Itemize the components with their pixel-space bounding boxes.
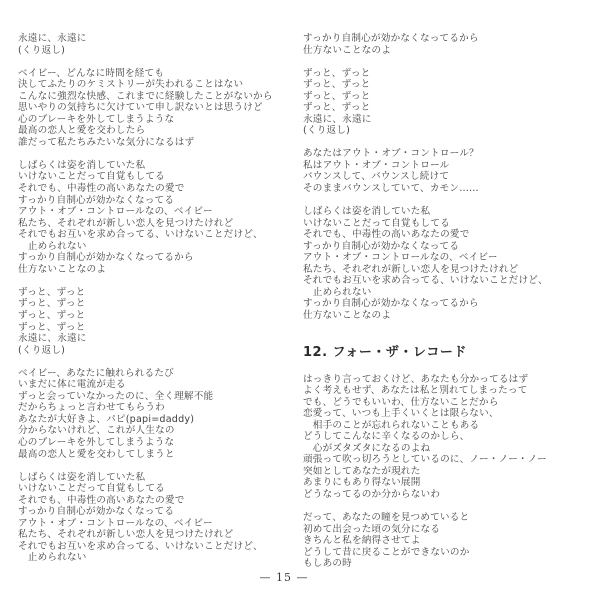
lyric-line: ずっと、ずっと	[303, 102, 591, 114]
lyric-line: もしあの時	[303, 558, 591, 570]
page-number: — 15 —	[0, 571, 568, 584]
lyric-line: (くり返し)	[18, 345, 294, 357]
right-column-bottom-stanzas: はっきり言っておくけど、あなたも分かってるはずよく考えもせず、あなたは私と別れて…	[303, 374, 591, 570]
lyric-line: だからちょっと言わせてもらうわ	[18, 402, 294, 414]
lyric-line: 永遠に、永遠に	[303, 114, 591, 126]
lyric-line: だって、あなたの瞳を見つめていると	[303, 512, 591, 524]
lyric-line: (くり返し)	[303, 125, 591, 137]
lyric-line: 最高の恋人と愛を交わしてしまうと	[18, 449, 294, 461]
lyric-line: 心がズタズタになるのよね	[303, 443, 591, 455]
lyric-line: 私たち、それぞれが新しい恋人を見つけたけれど	[18, 218, 294, 230]
lyric-line: 頑張って吹っ切ろうとしているのに、ノー・ノー・ノー	[303, 454, 591, 466]
lyric-line: バウンスして、バウンスし続けて	[303, 171, 591, 183]
lyric-line: 誰だって私たちみたいな気分になるはず	[18, 137, 294, 149]
lyric-line: 心のブレーキを外してしまうような	[18, 437, 294, 449]
lyric-line: ずっと会っていなかったのに、全く理解不能	[18, 391, 294, 403]
lyric-line: 分からないけれど、これが人生なの	[18, 425, 294, 437]
lyric-line: 止められない	[18, 552, 294, 564]
stanza: しばらくは姿を消していた私いけないことだって自覚もしてるそれでも、中毒性の高いあ…	[18, 472, 294, 564]
lyric-line: どうして昔に戻ることができないのか	[303, 547, 591, 559]
lyrics-booklet-page: 永遠に、永遠に(くり返し)ベイビー、どんなに時間を経ても決してふたりのケミストリ…	[0, 0, 600, 600]
lyric-line: ずっと、ずっと	[18, 298, 294, 310]
lyric-line: 相手のことが忘れられないこともある	[303, 420, 591, 432]
lyric-line: アウト・オブ・コントロールなの、ベイビー	[18, 518, 294, 530]
lyric-line: いけないことだって自覚もしてる	[303, 218, 591, 230]
lyric-line: しばらくは姿を消していた私	[18, 472, 294, 484]
lyric-line: 仕方ないことなのよ	[303, 310, 591, 322]
lyric-line: 思いやりの気持ちに欠けていて申し訳ないとは思うけど	[18, 102, 294, 114]
lyric-line: すっかり自制心が効かなくなってるから	[303, 298, 591, 310]
lyric-line: あなたが大好きよ、パピ(papi=daddy)	[18, 414, 294, 426]
lyric-line: どうなってるのか分からないわ	[303, 489, 591, 501]
lyric-line: いけないことだって自覚もしてる	[18, 483, 294, 495]
lyric-line: あなたはアウト・オブ・コントロール？	[303, 148, 591, 160]
lyric-line: ずっと、ずっと	[303, 91, 591, 103]
lyric-line: どうしてこんなに辛くなるのかしら、	[303, 431, 591, 443]
lyric-line: あまりにもあり得ない展開	[303, 477, 591, 489]
stanza: しばらくは姿を消していた私いけないことだって自覚もしてるそれでも、中毒性の高いあ…	[303, 206, 591, 321]
lyric-line: ずっと、ずっと	[18, 287, 294, 299]
lyric-line: 私たち、それぞれが新しい恋人を見つけたけれど	[303, 264, 591, 276]
stanza: ベイビー、どんなに時間を経ても決してふたりのケミストリーが失われることはないこん…	[18, 68, 294, 149]
right-column-top-stanzas: すっかり自制心が効かなくなってるから仕方ないことなのよずっと、ずっとずっと、ずっ…	[303, 33, 591, 322]
lyric-line: 仕方ないことなのよ	[18, 264, 294, 276]
lyric-line: ずっと、ずっと	[303, 79, 591, 91]
lyric-line: ずっと、ずっと	[18, 310, 294, 322]
stanza: だって、あなたの瞳を見つめていると初めて出会った頃の気分になるきちんと私を納得さ…	[303, 512, 591, 570]
lyric-line: 私はアウト・オブ・コントロール	[303, 160, 591, 172]
lyric-line: ベイビー、どんなに時間を経ても	[18, 68, 294, 80]
stanza: はっきり言っておくけど、あなたも分かってるはずよく考えもせず、あなたは私と別れて…	[303, 374, 591, 501]
lyric-line: それでもお互いを求め合ってる、いけないことだけど、	[303, 275, 591, 287]
lyric-line: すっかり自制心が効かなくなってるから	[303, 33, 591, 45]
lyric-line: 止められない	[18, 241, 294, 253]
lyric-line: アウト・オブ・コントロールなの、ベイビー	[303, 252, 591, 264]
lyrics-column-left: 永遠に、永遠に(くり返し)ベイビー、どんなに時間を経ても決してふたりのケミストリ…	[18, 33, 294, 575]
lyric-line: それでもお互いを求め合ってる、いけないことだけど、	[18, 541, 294, 553]
lyric-line: 初めて出会った頃の気分になる	[303, 524, 591, 536]
lyric-line: 恋愛って、いつも上手くいくとは限らない、	[303, 408, 591, 420]
stanza: ベイビー、あなたに触れられるたびいまだに体に電流が走るずっと会っていなかったのに…	[18, 368, 294, 460]
lyric-line: すっかり自制心が効かなくなってるから	[18, 252, 294, 264]
lyric-line: ベイビー、あなたに触れられるたび	[18, 368, 294, 380]
lyric-line: でも、どうでもいいわ、仕方ないことだから	[303, 397, 591, 409]
lyric-line: 突如としてあなたが現れた	[303, 466, 591, 478]
stanza: ずっと、ずっとずっと、ずっとずっと、ずっとずっと、ずっと永遠に、永遠に(くり返し…	[303, 68, 591, 137]
lyric-line: (くり返し)	[18, 45, 294, 57]
lyric-line: よく考えもせず、あなたは私と別れてしまったって	[303, 385, 591, 397]
lyric-line: 永遠に、永遠に	[18, 333, 294, 345]
lyric-line: すっかり自制心が効かなくなってる	[18, 195, 294, 207]
stanza: 永遠に、永遠に(くり返し)	[18, 33, 294, 56]
lyric-line: しばらくは姿を消していた私	[303, 206, 591, 218]
lyric-line: それでも、中毒性の高いあなたの愛で	[303, 229, 591, 241]
lyric-line: それでも、中毒性の高いあなたの愛で	[18, 183, 294, 195]
lyric-line: 仕方ないことなのよ	[303, 45, 591, 57]
lyric-line: そのままバウンスしていて、カモン……	[303, 183, 591, 195]
stanza: すっかり自制心が効かなくなってるから仕方ないことなのよ	[303, 33, 591, 56]
lyric-line: 最高の恋人と愛を交わしたら	[18, 125, 294, 137]
lyric-line: 心のブレーキを外してしまうような	[18, 114, 294, 126]
lyric-line: ずっと、ずっと	[303, 68, 591, 80]
lyric-line: いまだに体に電流が走る	[18, 379, 294, 391]
lyric-line: それでも、中毒性の高いあなたの愛で	[18, 495, 294, 507]
lyric-line: 決してふたりのケミストリーが失われることはない	[18, 79, 294, 91]
lyrics-column-right: すっかり自制心が効かなくなってるから仕方ないことなのよずっと、ずっとずっと、ずっ…	[303, 33, 591, 581]
lyric-line: すっかり自制心が効かなくなってる	[18, 506, 294, 518]
lyric-line: すっかり自制心が効かなくなってる	[303, 241, 591, 253]
lyric-line: ずっと、ずっと	[18, 322, 294, 334]
lyric-line: 止められない	[303, 287, 591, 299]
lyric-line: アウト・オブ・コントロールなの、ベイビー	[18, 206, 294, 218]
stanza: ずっと、ずっとずっと、ずっとずっと、ずっとずっと、ずっと永遠に、永遠に(くり返し…	[18, 287, 294, 356]
lyric-line: しばらくは姿を消していた私	[18, 160, 294, 172]
stanza: あなたはアウト・オブ・コントロール？私はアウト・オブ・コントロールバウンスして、…	[303, 148, 591, 194]
lyric-line: きちんと私を納得させてよ	[303, 535, 591, 547]
track-section-header: 12. フォー・ザ・レコード	[303, 345, 591, 360]
lyric-line: 永遠に、永遠に	[18, 33, 294, 45]
stanza: しばらくは姿を消していた私いけないことだって自覚もしてるそれでも、中毒性の高いあ…	[18, 160, 294, 275]
lyric-line: はっきり言っておくけど、あなたも分かってるはず	[303, 374, 591, 386]
lyric-line: いけないことだって自覚もしてる	[18, 171, 294, 183]
lyric-line: 私たち、それぞれが新しい恋人を見つけたけれど	[18, 529, 294, 541]
lyric-line: それでもお互いを求め合ってる、いけないことだけど、	[18, 229, 294, 241]
lyric-line: こんなに強烈な快感、これまでに経験したことがないから	[18, 91, 294, 103]
